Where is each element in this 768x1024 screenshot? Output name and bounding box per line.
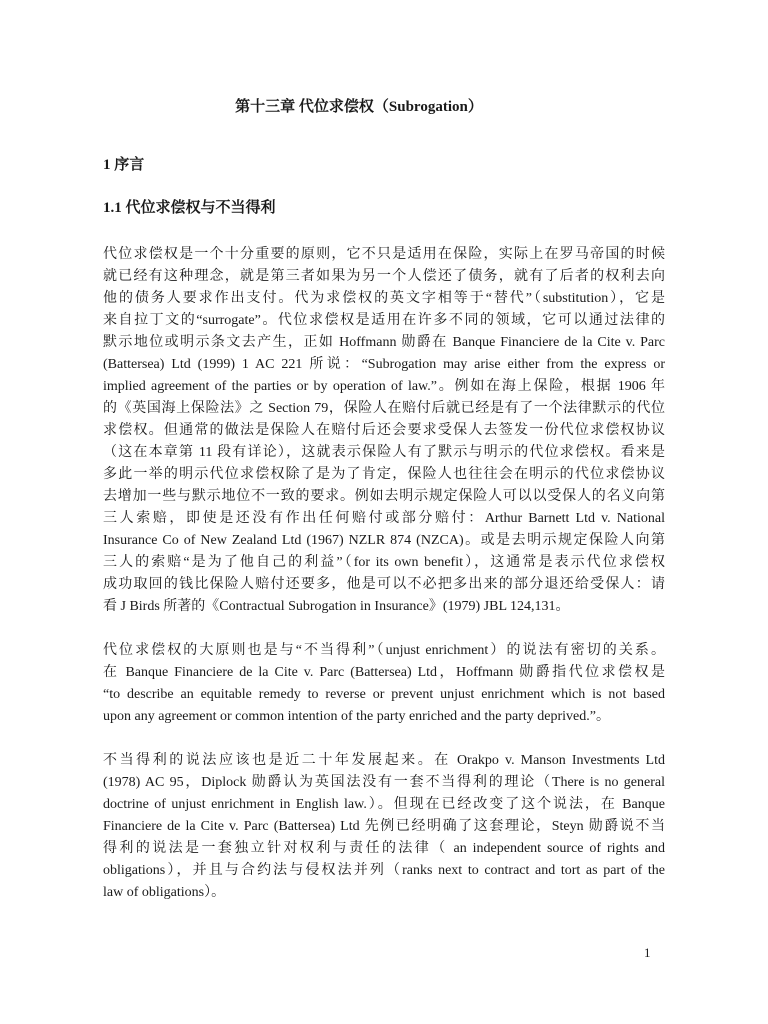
text-line: “to describe an equitable remedy to reve… [103, 684, 665, 706]
page-title: 第十三章 代位求偿权（Subrogation） [103, 96, 665, 118]
document-body: 1 序言1.1 代位求偿权与不当得利代位求偿权是一个十分重要的原则，它不只是适用… [103, 154, 665, 904]
text-line: law of obligations）。 [103, 882, 665, 904]
text-line: 在 Banque Financiere de la Cite v. Parc (… [103, 662, 665, 684]
text-line: 成功取回的钱比保险人赔付还要多，他是可以不必把多出来的部分退还给受保人：请 [103, 574, 665, 596]
text-line: 三人索赔，即使是还没有作出任何赔付或部分赔付：Arthur Barnett Lt… [103, 508, 665, 530]
document-content: 第十三章 代位求偿权（Subrogation） 1 序言1.1 代位求偿权与不当… [103, 96, 665, 904]
text-line: 去增加一些与默示地位不一致的要求。例如去明示规定保险人可以以受保人的名义向第 [103, 486, 665, 508]
section-heading: 1 序言 [103, 154, 665, 176]
text-line: implied agreement of the parties or by o… [103, 376, 665, 398]
text-line: 看 J Birds 所著的《Contractual Subrogation in… [103, 596, 665, 618]
text-line: 得利的说法是一套独立针对权利与责任的法律（ an independent sou… [103, 838, 665, 860]
paragraph: 不当得利的说法应该也是近二十年发展起来。在 Orakpo v. Manson I… [103, 750, 665, 904]
paragraph: 代位求偿权的大原则也是与“不当得利”（unjust enrichment）的说法… [103, 640, 665, 728]
paragraph: 代位求偿权是一个十分重要的原则，它不只是适用在保险，实际上在罗马帝国的时候就已经… [103, 244, 665, 618]
text-line: Insurance Co of New Zealand Ltd (1967) N… [103, 530, 665, 552]
text-line: 代位求偿权是一个十分重要的原则，它不只是适用在保险，实际上在罗马帝国的时候 [103, 244, 665, 266]
text-line: 就已经有这种理念，就是第三者如果为另一个人偿还了债务，就有了后者的权利去向 [103, 266, 665, 288]
text-line: (Battersea) Ltd (1999) 1 AC 221 所说：“Subr… [103, 354, 665, 376]
text-line: doctrine of unjust enrichment in English… [103, 794, 665, 816]
text-line: 求偿权。但通常的做法是保险人在赔付后还会要求受保人去签发一份代位求偿权协议 [103, 420, 665, 442]
page-number: 1 [644, 945, 651, 961]
text-line: 不当得利的说法应该也是近二十年发展起来。在 Orakpo v. Manson I… [103, 750, 665, 772]
document-page: 第十三章 代位求偿权（Subrogation） 1 序言1.1 代位求偿权与不当… [0, 0, 768, 1024]
text-line: Financiere de la Cite v. Parc (Battersea… [103, 816, 665, 838]
text-line: obligations），并且与合约法与侵权法并列（ranks next to … [103, 860, 665, 882]
text-line: （这在本章第 11 段有详论），这就表示保险人有了默示与明示的代位求偿权。看来是 [103, 442, 665, 464]
text-line: 代位求偿权的大原则也是与“不当得利”（unjust enrichment）的说法… [103, 640, 665, 662]
text-line: 默示地位或明示条文去产生，正如 Hoffmann 勋爵在 Banque Fina… [103, 332, 665, 354]
text-line: 来自拉丁文的“surrogate”。代位求偿权是适用在许多不同的领域，它可以通过… [103, 310, 665, 332]
text-line: upon any agreement or common intention o… [103, 706, 665, 728]
text-line: 三人的索赔“是为了他自己的利益”（for its own benefit），这通… [103, 552, 665, 574]
text-line: 的《英国海上保险法》之 Section 79，保险人在赔付后就已经是有了一个法律… [103, 398, 665, 420]
text-line: 多此一举的明示代位求偿权除了是为了肯定，保险人也往往会在明示的代位求偿协议 [103, 464, 665, 486]
text-line: 他的债务人要求作出支付。代为求偿权的英文字相等于“替代”（substitutio… [103, 288, 665, 310]
text-line: (1978) AC 95，Diplock 勋爵认为英国法没有一套不当得利的理论（… [103, 772, 665, 794]
subsection-heading: 1.1 代位求偿权与不当得利 [103, 197, 665, 219]
